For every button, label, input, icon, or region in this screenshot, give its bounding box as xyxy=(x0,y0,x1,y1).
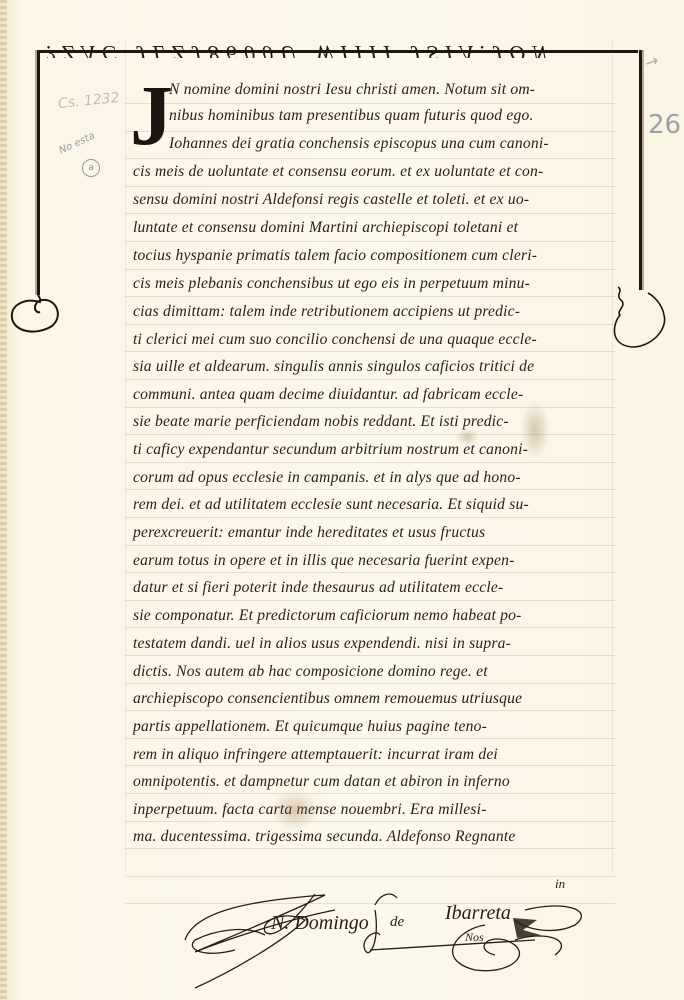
text-line: sie beate marie perficiendam nobis redda… xyxy=(133,413,509,431)
text-line: testatem dandi. uel in alios usus expend… xyxy=(133,635,511,653)
signature-given-name: N. Domingo xyxy=(271,912,369,935)
ruling-line xyxy=(125,324,615,325)
ruling-line xyxy=(125,793,615,794)
text-line: earum totus in opere et in illis que nec… xyxy=(133,552,514,570)
ruling-line xyxy=(125,600,615,601)
frame-top-border xyxy=(38,50,638,53)
signature-flourish-icon xyxy=(175,880,605,990)
ruling-line xyxy=(125,821,615,822)
decorated-initial: J xyxy=(130,76,164,154)
flourish-curl-left-icon xyxy=(6,290,62,340)
ruling-line xyxy=(125,241,615,242)
text-line: cias dimittam: talem inde retributionem … xyxy=(133,303,520,321)
ruling-line xyxy=(125,517,615,518)
text-line: nibus hominibus tam presentibus quam fut… xyxy=(169,107,534,125)
ruling-line xyxy=(125,655,615,656)
pencil-reference-number: Cs. 1232 xyxy=(57,90,120,112)
ruling-line xyxy=(125,103,615,104)
binding-edge xyxy=(0,0,7,1000)
ink-stain xyxy=(455,428,479,446)
pencil-arrow-icon: → xyxy=(642,50,661,72)
signature-surname: Ibarreta xyxy=(445,902,511,925)
ruling-line xyxy=(125,158,615,159)
ruling-line xyxy=(125,876,615,877)
flourish-curl-right-icon xyxy=(612,285,672,355)
text-line: sia uille et aldearum. singulis annis si… xyxy=(133,358,534,376)
text-line: dictis. Nos autem ab hac composicione do… xyxy=(133,663,488,681)
text-line: cis meis de uoluntate et consensu eorum.… xyxy=(133,163,543,181)
circled-letter: a xyxy=(82,159,100,177)
text-line: luntate et consensu domini Martini archi… xyxy=(133,219,518,237)
frame-right-border xyxy=(639,50,642,290)
margin-rule-right xyxy=(612,40,613,870)
text-line: N nomine domini nostri Iesu christi amen… xyxy=(169,81,535,99)
ruling-line xyxy=(125,765,615,766)
ruling-line xyxy=(125,489,615,490)
ruling-line xyxy=(125,213,615,214)
ruling-line xyxy=(125,379,615,380)
margin-rule-left xyxy=(125,40,126,870)
text-line: ti clerici mei cum suo concilio conchens… xyxy=(133,331,537,349)
ruling-line xyxy=(125,710,615,711)
signature-connector: de xyxy=(390,914,404,931)
ruling-line xyxy=(125,738,615,739)
trimmed-header-text: ?ZAC JLZJ8600U WIIII JSIA.JON xyxy=(44,40,639,58)
text-line: rem dei. et ad utilitatem ecclesie sunt … xyxy=(133,496,529,514)
pencil-note: No esta xyxy=(57,130,96,156)
text-line: sensu domini nostri Aldefonsi regis cast… xyxy=(133,191,529,209)
manuscript-page: ?ZAC JLZJ8600U WIIII JSIA.JON Cs. 1232 N… xyxy=(0,0,684,1000)
text-line: archiepiscopo consencientibus omnem remo… xyxy=(133,690,522,708)
frame-left-border xyxy=(37,50,40,295)
ruling-line xyxy=(125,351,615,352)
ruling-line xyxy=(125,462,615,463)
ruling-line xyxy=(125,848,615,849)
text-line: rem in aliquo infringere attemptauerit: … xyxy=(133,746,498,764)
ruling-line xyxy=(125,296,615,297)
ruling-line xyxy=(125,186,615,187)
text-line: partis appellationem. Et quicumque huius… xyxy=(133,718,487,736)
text-line: tocius hyspanie primatis talem facio com… xyxy=(133,247,537,265)
ruling-line xyxy=(125,683,615,684)
folio-number: 26 xyxy=(648,110,681,140)
signature-title: Nos xyxy=(465,930,484,945)
ink-stain xyxy=(520,400,550,460)
text-line: ma. ducentessima. trigessima secunda. Al… xyxy=(133,828,516,846)
ruling-line xyxy=(125,269,615,270)
text-line: Iohannes dei gratia conchensis episcopus… xyxy=(169,135,549,153)
ruling-line xyxy=(125,572,615,573)
text-line: datur et si fieri poterit inde thesaurus… xyxy=(133,579,503,597)
text-line: perexcreuerit: emantur inde hereditates … xyxy=(133,524,485,542)
foxing-stain xyxy=(270,790,320,830)
text-line: sie componatur. Et predictorum caficioru… xyxy=(133,607,521,625)
notary-signature: N. Domingo de Ibarreta Nos xyxy=(175,880,605,990)
text-line: communi. antea quam decime diuidantur. a… xyxy=(133,386,523,404)
text-line: cis meis plebanis conchensibus ut ego ei… xyxy=(133,275,530,293)
ruling-line xyxy=(125,131,615,132)
ruling-line xyxy=(125,545,615,546)
ruling-line xyxy=(125,627,615,628)
text-line: corum ad opus ecclesie in campanis. et i… xyxy=(133,469,521,487)
text-line: omnipotentis. et dampnetur cum datan et … xyxy=(133,773,510,791)
